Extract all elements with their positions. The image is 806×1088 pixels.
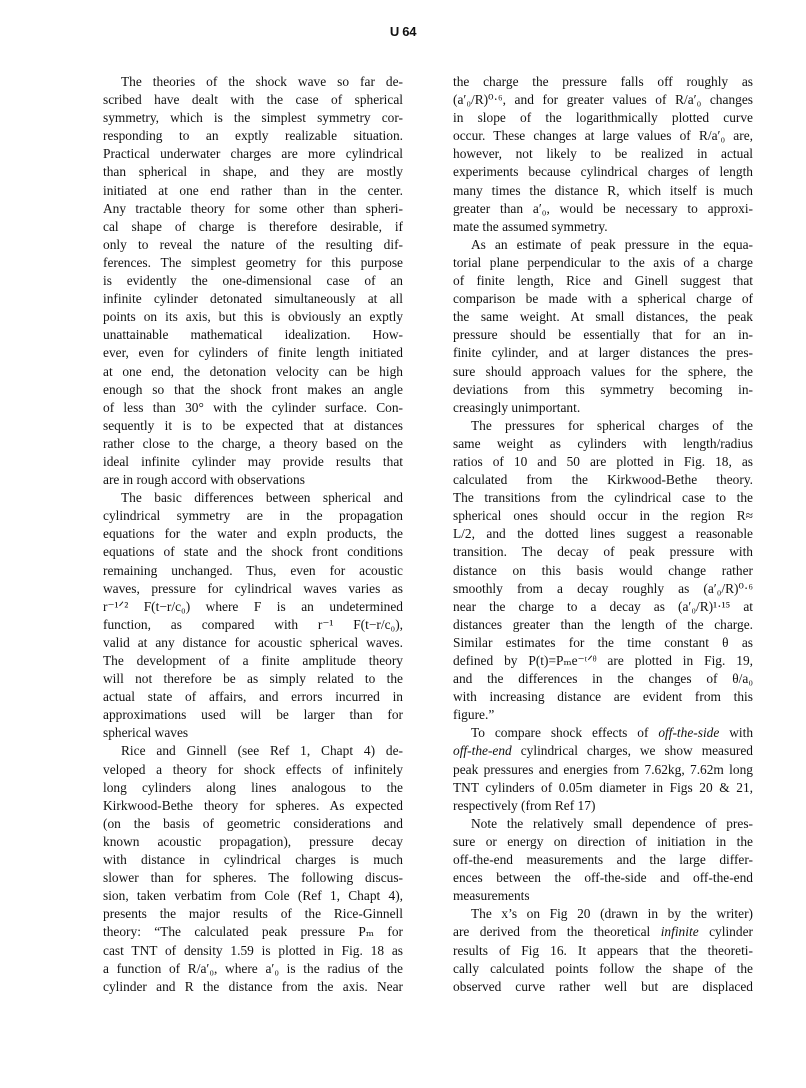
text-line: of finite length, Rice and Ginell sugges… — [453, 272, 753, 290]
text-line: and the differences in the changes of θ/… — [453, 670, 753, 688]
text-line: function, as compared with r⁻¹ F(t−r/c₀)… — [103, 616, 403, 634]
text-line: (a′₀/R)⁰·⁶, and for greater values of R/… — [453, 91, 753, 109]
text-line: is evidently the one-dimensional case of… — [103, 272, 403, 290]
right-text-column: the charge the pressure falls off roughl… — [453, 73, 753, 996]
text-line: rather close to the charge, a theory bas… — [103, 435, 403, 453]
text-line: scribed have dealt with the case of sphe… — [103, 91, 403, 109]
text-line: cast TNT of density 1.59 is plotted in F… — [103, 942, 403, 960]
text-line: veloped a theory for shock effects of in… — [103, 761, 403, 779]
text-line: infinite cylinder detonated simultaneous… — [103, 290, 403, 308]
text-line: L/2, and the dotted lines suggest a reas… — [453, 525, 753, 543]
text-line: figure.” — [453, 706, 753, 724]
text-line: smoothly from a decay roughly as (a′₀/R)… — [453, 580, 753, 598]
text-line: observed curve rather well but are displ… — [453, 978, 753, 996]
text-line: unattainable mathematical idealization. … — [103, 326, 403, 344]
text-line: creasingly unimportant. — [453, 399, 753, 417]
text-line: The pressures for spherical charges of t… — [453, 417, 753, 435]
text-line: As an estimate of peak pressure in the e… — [453, 236, 753, 254]
text-line: are in rough accord with observations — [103, 471, 403, 489]
text-line: sure or energy on direction of initiatio… — [453, 833, 753, 851]
text-line: greater than a′₀, would be necessary to … — [453, 200, 753, 218]
text-line: pressure should be essentially that for … — [453, 326, 753, 344]
text-line: however, not likely to be realized in ac… — [453, 145, 753, 163]
text-line: cylindrical symmetry are in the propagat… — [103, 507, 403, 525]
text-line: occur. These changes at large values of … — [453, 127, 753, 145]
text-line: measurements — [453, 887, 753, 905]
text-line: equations of state and the shock front c… — [103, 543, 403, 561]
text-line: in slope of the logarithmically plotted … — [453, 109, 753, 127]
text-line: spherical ones should occur in the regio… — [453, 507, 753, 525]
text-line: Practical underwater charges are more cy… — [103, 145, 403, 163]
page-number: U 64 — [0, 24, 806, 39]
text-line: at one end, the detonation velocity can … — [103, 363, 403, 381]
text-line: off-the-end measurements and the large d… — [453, 851, 753, 869]
text-line: will not therefore be as simply related … — [103, 670, 403, 688]
text-line: ideal infinite cylinder may provide resu… — [103, 453, 403, 471]
text-line: ever, even for cylinders of finite lengt… — [103, 344, 403, 362]
text-line: waves, pressure for cylindrical waves va… — [103, 580, 403, 598]
text-line: symmetry, which is the simplest symmetry… — [103, 109, 403, 127]
text-line: valid at any distance for acoustic spher… — [103, 634, 403, 652]
text-line: distance on this basis would change rath… — [453, 562, 753, 580]
text-line: results of Fig 16. It appears that the t… — [453, 942, 753, 960]
text-line: The x’s on Fig 20 (drawn in by the write… — [453, 905, 753, 923]
text-line: responding to an exptly realizable situa… — [103, 127, 403, 145]
text-line: many times the distance R, which itself … — [453, 182, 753, 200]
text-line: same weight as cylinders with length/rad… — [453, 435, 753, 453]
text-line: with increasing distance are evident fro… — [453, 688, 753, 706]
text-line: spherical waves — [103, 724, 403, 742]
text-line: distances greater than the length of the… — [453, 616, 753, 634]
text-line: ferences. The simplest geometry for this… — [103, 254, 403, 272]
text-line: long cylinders along lines analogous to … — [103, 779, 403, 797]
left-text-column: The theories of the shock wave so far de… — [103, 73, 403, 996]
text-line: deviations from this symmetry becoming i… — [453, 381, 753, 399]
text-line: approximations used will be larger than … — [103, 706, 403, 724]
text-line: The theories of the shock wave so far de… — [103, 73, 403, 91]
text-line: are derived from the theoretical infinit… — [453, 923, 753, 941]
text-line: calculated from the Kirkwood-Bethe theor… — [453, 471, 753, 489]
text-line: a function of R/a′₀, where a′₀ is the ra… — [103, 960, 403, 978]
text-line: Note the relatively small dependence of … — [453, 815, 753, 833]
text-line: Similar estimates for the time constant … — [453, 634, 753, 652]
text-line: only to reveal the nature of the resulti… — [103, 236, 403, 254]
text-line: of less than 30° with the cylinder surfa… — [103, 399, 403, 417]
text-line: mate the assumed symmetry. — [453, 218, 753, 236]
text-line: cylinder and R the distance from the axi… — [103, 978, 403, 996]
text-line: theory: “The calculated peak pressure Pₘ… — [103, 923, 403, 941]
text-line: points on its axis, but this is obviousl… — [103, 308, 403, 326]
text-line: near the charge to a decay as (a′₀/R)¹·¹… — [453, 598, 753, 616]
text-line: remaining unchanged. Thus, even for acou… — [103, 562, 403, 580]
text-line: r⁻¹ᐟ² F(t−r/c₀) where F is an undetermin… — [103, 598, 403, 616]
text-line: initiated at one end rather than in the … — [103, 182, 403, 200]
text-line: Any tractable theory for some other than… — [103, 200, 403, 218]
text-line: Rice and Ginnell (see Ref 1, Chapt 4) de… — [103, 742, 403, 760]
text-line: the charge the pressure falls off roughl… — [453, 73, 753, 91]
text-line: than spherical in shape, and they are mo… — [103, 163, 403, 181]
text-line: Kirkwood-Bethe theory for spheres. As ex… — [103, 797, 403, 815]
text-line: transition. The decay of peak pressure w… — [453, 543, 753, 561]
text-line: enough so that the shock front makes an … — [103, 381, 403, 399]
text-line: slower than for spheres. The following d… — [103, 869, 403, 887]
text-line: with distance in cylindrical charges is … — [103, 851, 403, 869]
text-line: comparison be made with a spherical char… — [453, 290, 753, 308]
text-line: To compare shock effects of off-the-side… — [453, 724, 753, 742]
text-line: off-the-end cylindrical charges, we show… — [453, 742, 753, 760]
text-line: The basic differences between spherical … — [103, 489, 403, 507]
text-line: cally calculated points follow the shape… — [453, 960, 753, 978]
text-line: equations for the water and expln produc… — [103, 525, 403, 543]
text-line: the same weight. At small distances, the… — [453, 308, 753, 326]
text-line: experiments because cylindrical charges … — [453, 163, 753, 181]
text-line: known acoustic propagation), pressure de… — [103, 833, 403, 851]
text-line: torial plane perpendicular to the axis o… — [453, 254, 753, 272]
text-line: (on the basis of geometric consideration… — [103, 815, 403, 833]
text-line: finite cylinder, and at larger distances… — [453, 344, 753, 362]
text-line: defined by P(t)=Pₘe⁻ᵗᐟᶿ are plotted in F… — [453, 652, 753, 670]
text-line: The transitions from the cylindrical cas… — [453, 489, 753, 507]
text-line: TNT cylinders of 0.05m diameter in Figs … — [453, 779, 753, 797]
text-line: respectively (from Ref 17) — [453, 797, 753, 815]
text-line: sion, taken verbatim from Cole (Ref 1, C… — [103, 887, 403, 905]
text-line: ences between the off-the-side and off-t… — [453, 869, 753, 887]
text-line: cal shape of charge is therefore desirab… — [103, 218, 403, 236]
text-line: ratios of 10 and 50 are plotted in Fig. … — [453, 453, 753, 471]
text-line: The development of a finite amplitude th… — [103, 652, 403, 670]
text-line: sequently it is to be expected that at d… — [103, 417, 403, 435]
text-line: presents the major results of the Rice-G… — [103, 905, 403, 923]
text-line: actual state of affairs, and errors incu… — [103, 688, 403, 706]
text-line: sure should approach values for the sphe… — [453, 363, 753, 381]
text-line: peak pressures and energies from 7.62kg,… — [453, 761, 753, 779]
